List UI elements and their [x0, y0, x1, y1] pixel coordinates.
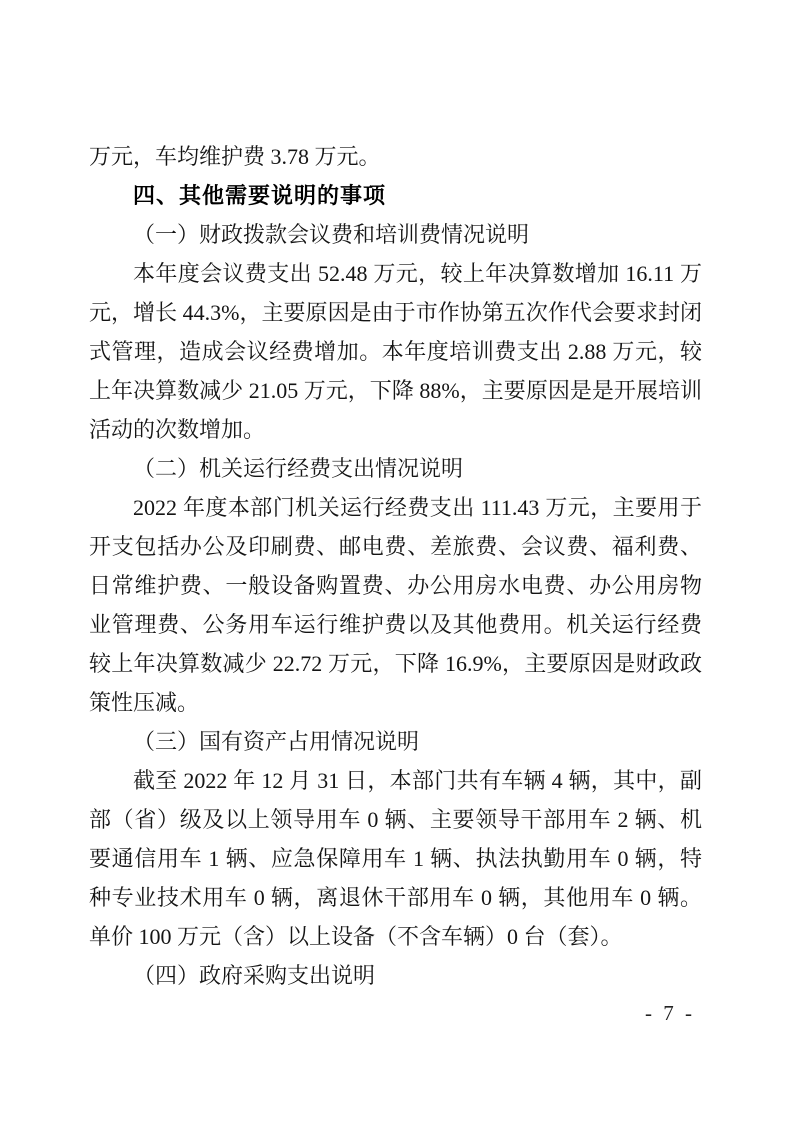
page-number: - 7 -	[630, 1001, 710, 1026]
document-content: 万元，车均维护费 3.78 万元。 四、其他需要说明的事项 （一）财政拨款会议费…	[89, 137, 702, 995]
document-page: 万元，车均维护费 3.78 万元。 四、其他需要说明的事项 （一）财政拨款会议费…	[0, 0, 793, 1122]
subsection-heading-3: （三）国有资产占用情况说明	[89, 722, 702, 761]
subsection-heading-1: （一）财政拨款会议费和培训费情况说明	[89, 215, 702, 254]
section-heading-other-matters: 四、其他需要说明的事项	[89, 176, 702, 215]
paragraph-meeting-training-fees: 本年度会议费支出 52.48 万元，较上年决算数增加 16.11 万元，增长 4…	[89, 254, 702, 449]
paragraph-continuation: 万元，车均维护费 3.78 万元。	[89, 137, 702, 176]
paragraph-operating-expenses: 2022 年度本部门机关运行经费支出 111.43 万元，主要用于开支包括办公及…	[89, 488, 702, 722]
subsection-heading-2: （二）机关运行经费支出情况说明	[89, 449, 702, 488]
subsection-heading-4: （四）政府采购支出说明	[89, 956, 702, 995]
paragraph-state-assets: 截至 2022 年 12 月 31 日，本部门共有车辆 4 辆，其中，副部（省）…	[89, 761, 702, 956]
